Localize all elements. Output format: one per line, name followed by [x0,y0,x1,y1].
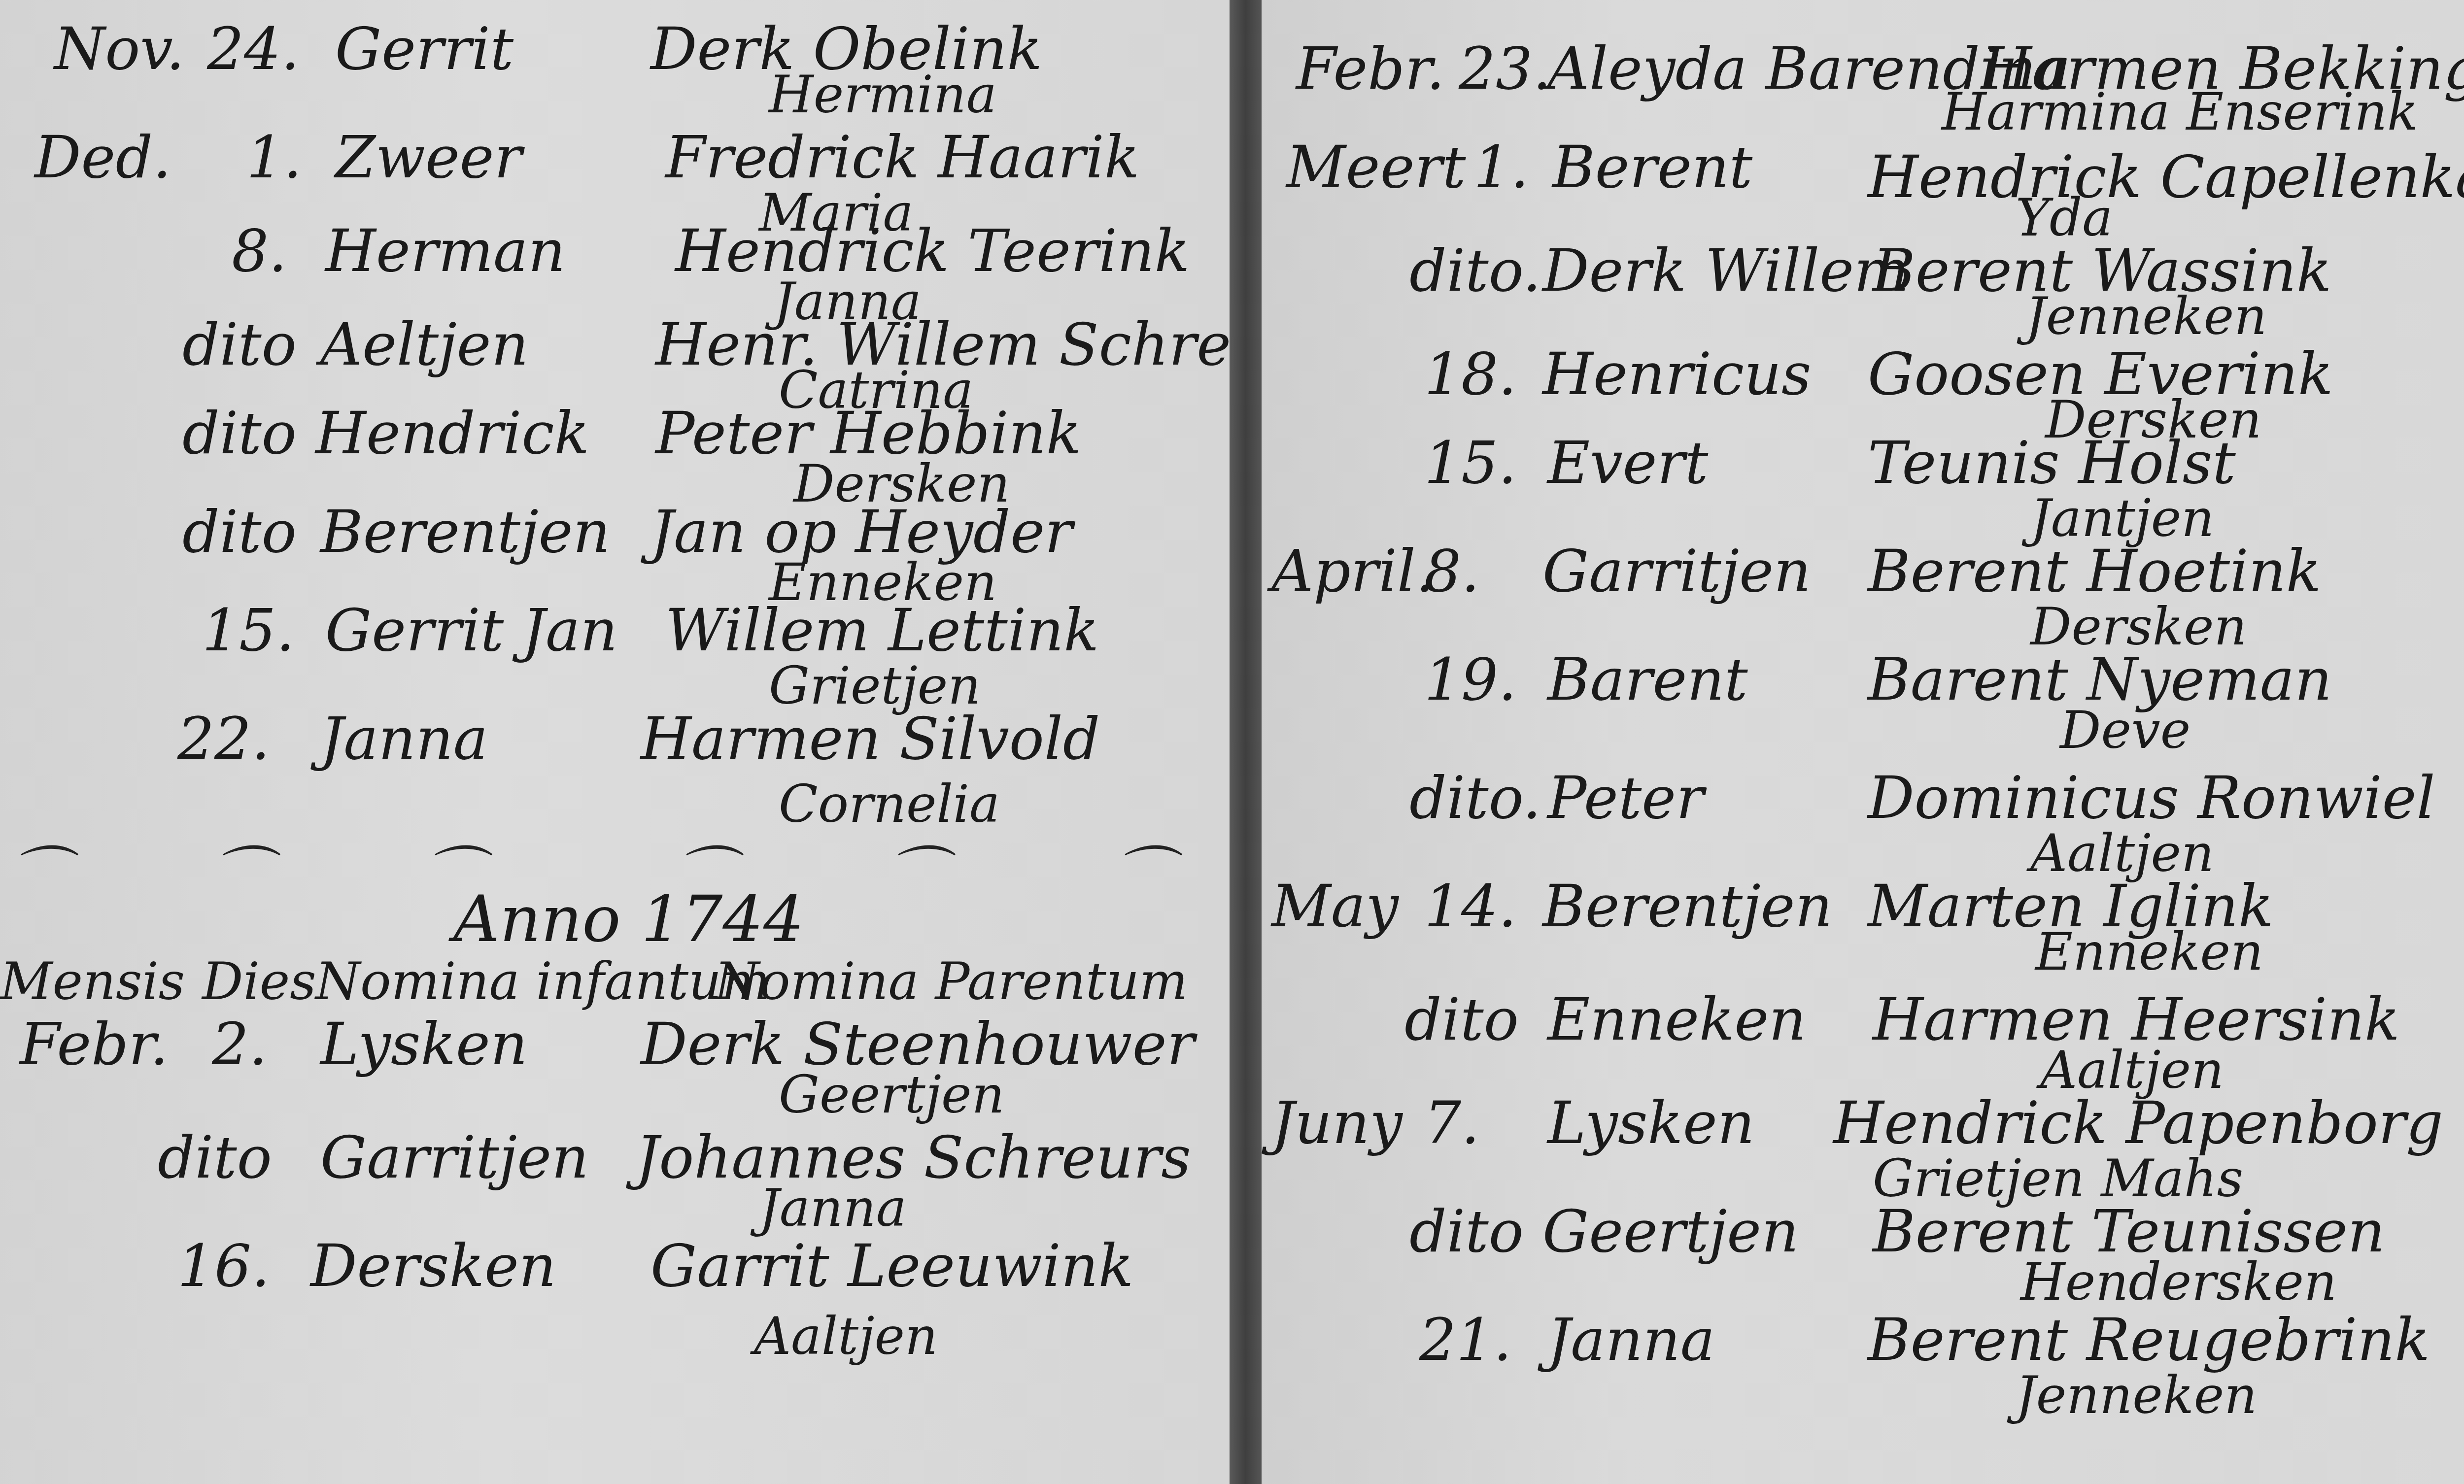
entry-child: Lysken [1547,1094,1755,1152]
entry-day: 14. [1424,877,1517,935]
entry-child: Aeltjen [320,315,529,373]
entry-month: Meert [1286,138,1466,196]
entry-day: dito [182,503,297,561]
entry-child: Janna [320,709,488,768]
flourish-mark: ⌒ [1114,828,1173,912]
column-header-day: Dies [202,956,316,1007]
entry-child: Berent [1552,138,1752,196]
entry-mother: Aaltjen [2030,828,2214,879]
entry-father: Berent Reugebrink [1868,1311,2430,1369]
entry-child: Herman [325,222,565,280]
flourish-mark: ⌒ [212,828,271,912]
entry-mother: Janna [759,1182,907,1234]
entry-child: Berentjen [1542,877,1833,935]
entry-father: Hendrick Teerink [675,222,1190,280]
entry-father: Dominicus Ronwiel [1868,769,2435,827]
entry-mother: Grietjen [769,660,981,711]
entry-mother: Yda [2016,192,2113,243]
entry-father: Harmen Silvold [641,709,1100,768]
entry-mother: Aaltjen [2040,1045,2224,1096]
entry-father: Henr. Willem Schreurs [655,315,1326,373]
entry-child: Janna [1547,1311,1715,1369]
entry-day: 22. [177,709,270,768]
entry-day: 2. [212,1015,268,1073]
entry-day: 15. [202,601,295,659]
entry-day: 18. [1424,345,1517,403]
entry-child: Lysken [320,1015,528,1073]
entry-mother: Cornelia [779,778,1000,830]
entry-day: 8. [232,222,287,280]
entry-father: Johannes Schreurs [636,1128,1191,1186]
left-page: Nov. 24. Gerrit Derk Obelink Hermina Ded… [0,0,1230,1484]
entry-mother: Jantjen [2030,493,2214,544]
entry-child: Geertjen [1542,1202,1799,1260]
entry-father: Garrit Leeuwink [650,1237,1133,1295]
entry-day: 8. [1424,542,1480,600]
entry-child: Hendrick [315,404,589,462]
entry-day: 16. [177,1237,270,1295]
column-header-month: Mensis [0,956,185,1007]
entry-month: April. [1271,542,1434,600]
entry-month: Nov. [54,20,184,78]
entry-day: 1. [1473,138,1529,196]
entry-day: dito [182,315,297,373]
entry-mother: Dersken [2030,601,2247,652]
entry-month: May [1271,877,1399,935]
entry-child: Barent [1547,650,1748,708]
column-header-child: Nomina infantum [315,956,770,1007]
entry-day: 15. [1424,434,1517,492]
entry-child: Gerrit Jan [325,601,617,659]
entry-child: Enneken [1547,990,1806,1048]
entry-child: Henricus [1542,345,1812,403]
flourish-mark: ⌒ [887,828,946,912]
entry-child: Garritjen [320,1128,589,1186]
entry-child: Dersken [310,1237,556,1295]
book-gutter [1230,0,1262,1484]
entry-mother: Jenneken [2025,291,2267,342]
entry-father: Willem Lettink [665,601,1099,659]
entry-mother: Hermina [769,69,997,120]
manuscript-spread: Nov. 24. Gerrit Derk Obelink Hermina Ded… [0,0,2464,1484]
entry-day: 21. [1419,1311,1512,1369]
entry-day: dito. [1409,769,1541,827]
entry-father: Fredrick Haarik [665,128,1139,186]
entry-child: Evert [1547,434,1708,492]
entry-mother: Enneken [2035,926,2263,978]
right-page: Febr. 23. Aleyda Barendina Harmen Bekkin… [1262,0,2464,1484]
entry-mother: Deve [2060,705,2190,756]
entry-day: dito [1409,1202,1524,1260]
entry-day: dito [158,1128,272,1186]
entry-mother: Harmina Enserink [1942,86,2418,137]
column-header-parents: Nomina Parentum [715,956,1188,1007]
entry-mother: Grietjen Mahs [1873,1153,2243,1204]
entry-father: Hendrick Papenborg Onezt [1833,1094,2464,1152]
entry-mother: Aaltjen [754,1311,938,1362]
entry-month: Febr. [20,1015,169,1073]
entry-day: dito. [1409,241,1541,300]
entry-father: Berent Hoetink [1868,542,2321,600]
entry-month: Ded. [34,128,171,186]
entry-father: Hendrick Capellenkamp [1868,148,2464,206]
entry-mother: Jenneken [2016,1370,2257,1421]
entry-child: Garritjen [1542,542,1811,600]
entry-mother: Hendersken [2020,1256,2337,1308]
entry-child: Derk Willem [1542,241,1909,300]
entry-child: Berentjen [320,503,611,561]
entry-mother: Geertjen [779,1069,1004,1120]
entry-month: Juny [1271,1094,1403,1152]
entry-day: 23. [1459,39,1551,98]
entry-month: Febr. [1296,39,1445,98]
entry-day: 24. [207,20,300,78]
entry-day: 7. [1424,1094,1480,1152]
entry-day: dito [182,404,297,462]
flourish-mark: ⌒ [10,828,69,912]
entry-day: 19. [1424,650,1517,708]
year-heading: Anno 1744 [453,887,804,951]
entry-day: dito [1404,990,1519,1048]
entry-child: Zweer [335,128,522,186]
entry-child: Gerrit [335,20,513,78]
entry-day: 1. [246,128,302,186]
entry-child: Peter [1547,769,1704,827]
entry-father: Teunis Holst [1868,434,2236,492]
